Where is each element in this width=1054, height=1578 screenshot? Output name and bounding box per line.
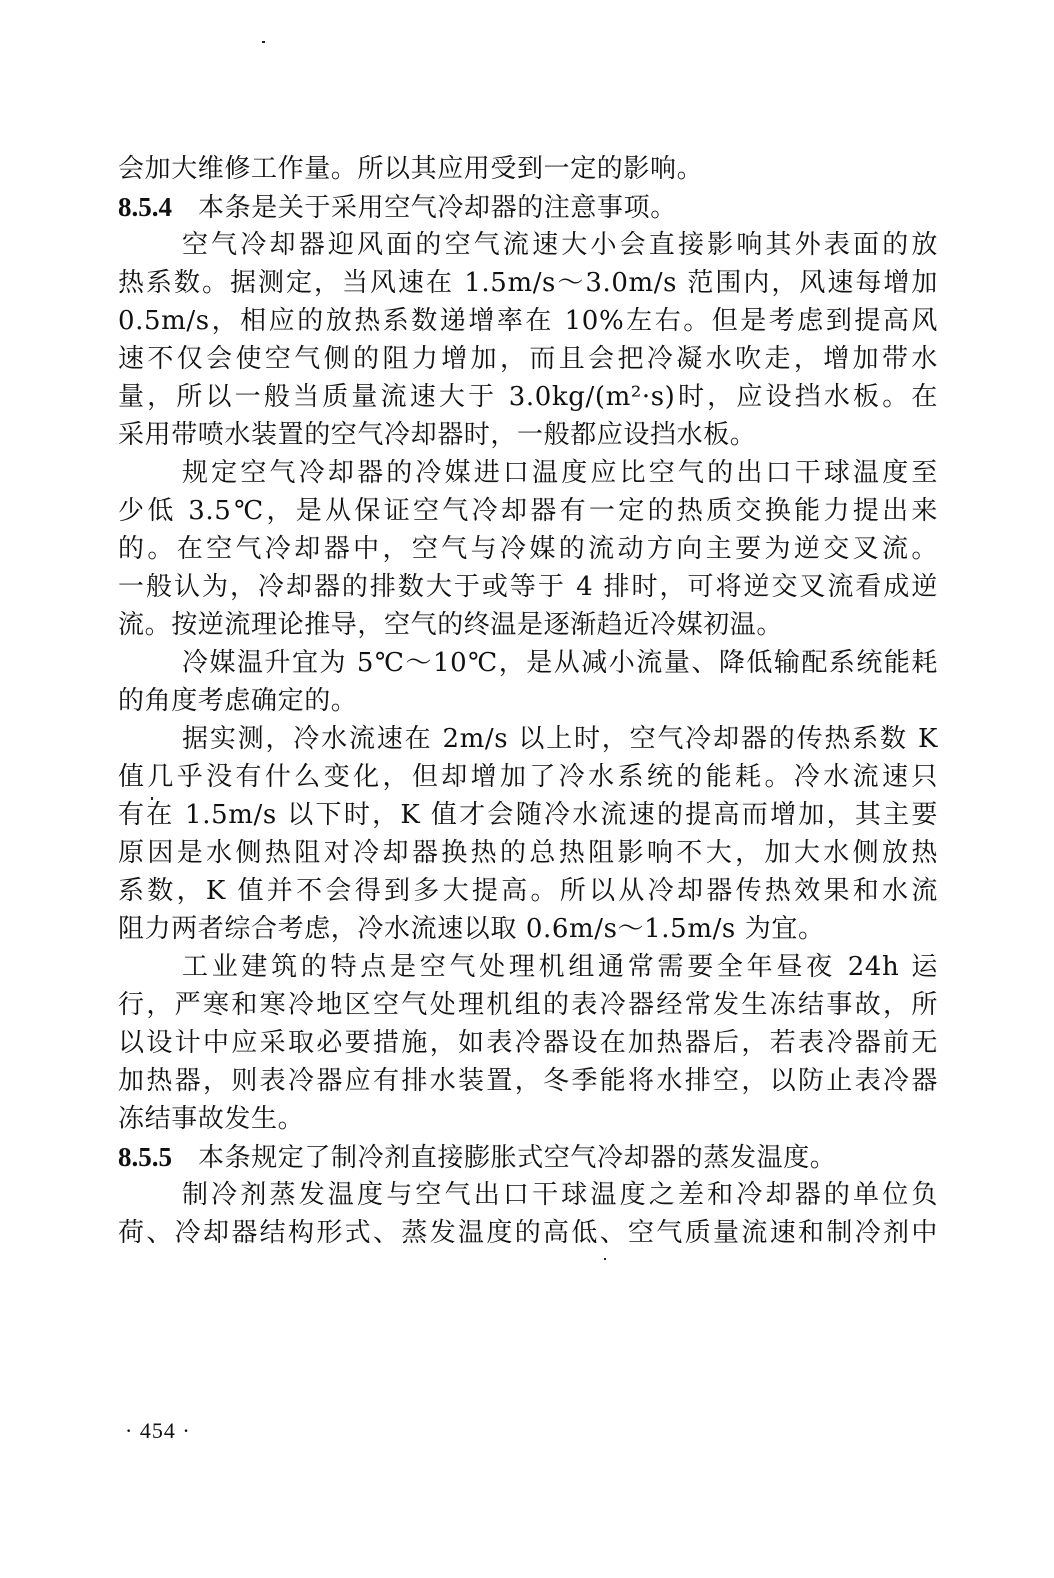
section-heading-text: 本条规定了制冷剂直接膨胀式空气冷却器的蒸发温度。	[198, 1143, 836, 1173]
text-line: 阻力两者综合考虑，冷水流速以取 0.6m/s～1.5m/s 为宜。	[118, 910, 938, 948]
text-line: 以设计中应采取必要措施，如表冷器设在加热器后，若表冷器前无	[118, 1024, 938, 1062]
section-heading-8-5-4: 8.5.4本条是关于采用空气冷却器的注意事项。	[118, 188, 938, 226]
text-line: 热系数。据测定，当风速在 1.5m/s～3.0m/s 范围内，风速每增加	[118, 264, 938, 302]
section-heading-text: 本条是关于采用空气冷却器的注意事项。	[198, 193, 677, 223]
paragraph-start: 工业建筑的特点是空气处理机组通常需要全年昼夜 24h 运	[118, 948, 938, 986]
section-heading-8-5-5: 8.5.5本条规定了制冷剂直接膨胀式空气冷却器的蒸发温度。	[118, 1138, 938, 1176]
text-line: 加热器，则表冷器应有排水装置，冬季能将水排空，以防止表冷器	[118, 1062, 938, 1100]
text-line: 的角度考虑确定的。	[118, 682, 938, 720]
text-line: 原因是水侧热阻对冷却器换热的总热阻影响不大，加大水侧放热	[118, 834, 938, 872]
section-number: 8.5.5	[118, 1142, 172, 1172]
text-line: 量，所以一般当质量流速大于 3.0kg/(m²·s)时，应设挡水板。在	[118, 378, 938, 416]
text-line: 采用带喷水装置的空气冷却器时，一般都应设挡水板。	[118, 416, 938, 454]
text-line: 的。在空气冷却器中，空气与冷媒的流动方向主要为逆交叉流。	[118, 530, 938, 568]
paragraph-start: 据实测，冷水流速在 2m/s 以上时，空气冷却器的传热系数 K	[118, 720, 938, 758]
text-line: 少低 3.5℃，是从保证空气冷却器有一定的热质交换能力提出来	[118, 492, 938, 530]
text-line: 行，严寒和寒冷地区空气处理机组的表冷器经常发生冻结事故，所	[118, 986, 938, 1024]
document-page: 会加大维修工作量。所以其应用受到一定的影响。 8.5.4本条是关于采用空气冷却器…	[118, 150, 938, 1252]
text-line: 有在 1.5m/s 以下时，K 值才会随冷水流速的提高而增加，其主要	[118, 796, 938, 834]
text-line: 荷、冷却器结构形式、蒸发温度的高低、空气质量流速和制冷剂中	[118, 1214, 938, 1252]
paragraph-start: 冷媒温升宜为 5℃～10℃，是从减小流量、降低输配系统能耗	[118, 644, 938, 682]
text-line: 冻结事故发生。	[118, 1100, 938, 1138]
scan-speck	[604, 1258, 606, 1260]
section-number: 8.5.4	[118, 192, 172, 222]
paragraph-start: 制冷剂蒸发温度与空气出口干球温度之差和冷却器的单位负	[118, 1176, 938, 1214]
page-number: · 454 ·	[125, 1418, 191, 1444]
text-line: 值几乎没有什么变化，但却增加了冷水系统的能耗。冷水流速只	[118, 758, 938, 796]
text-line: 会加大维修工作量。所以其应用受到一定的影响。	[118, 150, 938, 188]
text-line: 速不仅会使空气侧的阻力增加，而且会把冷凝水吹走，增加带水	[118, 340, 938, 378]
paragraph-start: 空气冷却器迎风面的空气流速大小会直接影响其外表面的放	[118, 226, 938, 264]
text-line: 流。按逆流理论推导，空气的终温是逐渐趋近冷媒初温。	[118, 606, 938, 644]
text-line: 一般认为，冷却器的排数大于或等于 4 排时，可将逆交叉流看成逆	[118, 568, 938, 606]
text-line: 系数，K 值并不会得到多大提高。所以从冷却器传热效果和水流	[118, 872, 938, 910]
scan-speck	[151, 797, 153, 800]
text-line: 0.5m/s，相应的放热系数递增率在 10%左右。但是考虑到提高风	[118, 302, 938, 340]
paragraph-start: 规定空气冷却器的冷媒进口温度应比空气的出口干球温度至	[118, 454, 938, 492]
scan-speck	[262, 41, 265, 43]
